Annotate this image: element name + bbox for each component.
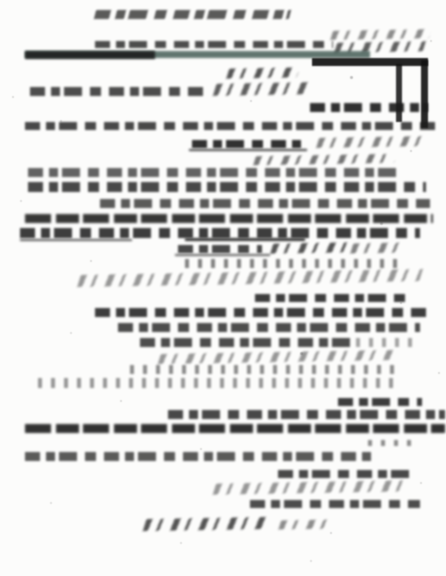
scan-noise-speck <box>70 332 72 334</box>
scan-noise-speck <box>380 222 383 225</box>
handwriting-smudge <box>278 520 331 530</box>
text-smudge <box>20 228 420 238</box>
stamp-box-outer-vertical <box>421 60 428 128</box>
text-smudge <box>25 214 433 223</box>
text-smudge <box>140 338 352 347</box>
stamp-box-inner-vertical <box>396 64 402 122</box>
underline <box>20 239 132 241</box>
scan-noise-speck <box>350 76 353 79</box>
scan-noise-speck <box>200 448 202 450</box>
text-smudge <box>250 500 420 508</box>
handwriting-smudge <box>270 242 348 253</box>
scan-noise-speck <box>250 100 252 102</box>
scan-noise-speck <box>410 150 412 152</box>
text-smudge <box>28 168 400 177</box>
text-smudge <box>25 122 440 130</box>
scan-noise-speck <box>60 120 62 122</box>
scan-noise-speck <box>240 312 242 314</box>
scan-noise-speck <box>420 482 422 484</box>
text-smudge <box>278 470 412 478</box>
handwriting-smudge <box>158 350 397 364</box>
ink-strike-dark <box>25 51 155 59</box>
handwriting-smudge <box>253 154 397 165</box>
scan-noise-speck <box>90 260 92 262</box>
text-smudge <box>30 87 205 96</box>
text-smudge <box>28 182 426 192</box>
scan-noise-speck <box>310 560 312 562</box>
text-smudge <box>118 323 420 332</box>
scan-noise-speck <box>50 502 52 504</box>
scan-noise-speck <box>120 400 122 402</box>
faint-text-smudge <box>368 440 412 446</box>
handwriting-smudge <box>316 136 425 148</box>
text-smudge <box>338 398 422 406</box>
scan-noise-speck <box>430 40 432 42</box>
handwriting-smudge <box>350 243 405 254</box>
scan-noise-speck <box>300 352 303 355</box>
faint-text-smudge <box>38 378 400 388</box>
document-title-smudge <box>94 10 291 19</box>
faint-text-smudge <box>130 365 400 374</box>
scan-noise-speck <box>180 542 182 544</box>
underline <box>175 254 270 256</box>
text-smudge <box>95 41 333 48</box>
underline-heavy <box>185 238 305 241</box>
faint-text-smudge <box>185 259 400 268</box>
scanned-document-page <box>0 0 446 576</box>
stamp-box-text-smudge <box>310 103 428 112</box>
underline <box>189 149 307 151</box>
text-smudge <box>100 199 430 208</box>
underlined-text-smudge <box>178 245 262 253</box>
scan-noise-speck <box>330 532 332 534</box>
scan-noise-speck <box>12 96 14 98</box>
scan-noise-speck <box>400 302 402 304</box>
text-smudge <box>168 410 445 419</box>
scan-noise-speck <box>438 372 440 374</box>
handwriting-smudge <box>330 29 431 40</box>
scan-noise-speck <box>150 52 152 54</box>
text-smudge <box>255 294 412 302</box>
stamp-box-top-bar <box>312 58 428 66</box>
text-smudge <box>95 308 428 317</box>
signature-scrawl <box>143 517 269 531</box>
handwriting-smudge <box>77 269 423 287</box>
text-smudge <box>25 424 445 433</box>
handwriting-smudge <box>213 480 407 494</box>
handwriting-smudge <box>226 67 299 78</box>
faint-text-smudge <box>356 338 416 347</box>
underlined-text-smudge <box>192 140 304 148</box>
text-smudge <box>25 452 372 461</box>
scan-noise-speck <box>20 200 22 202</box>
handwriting-smudge <box>213 82 309 96</box>
